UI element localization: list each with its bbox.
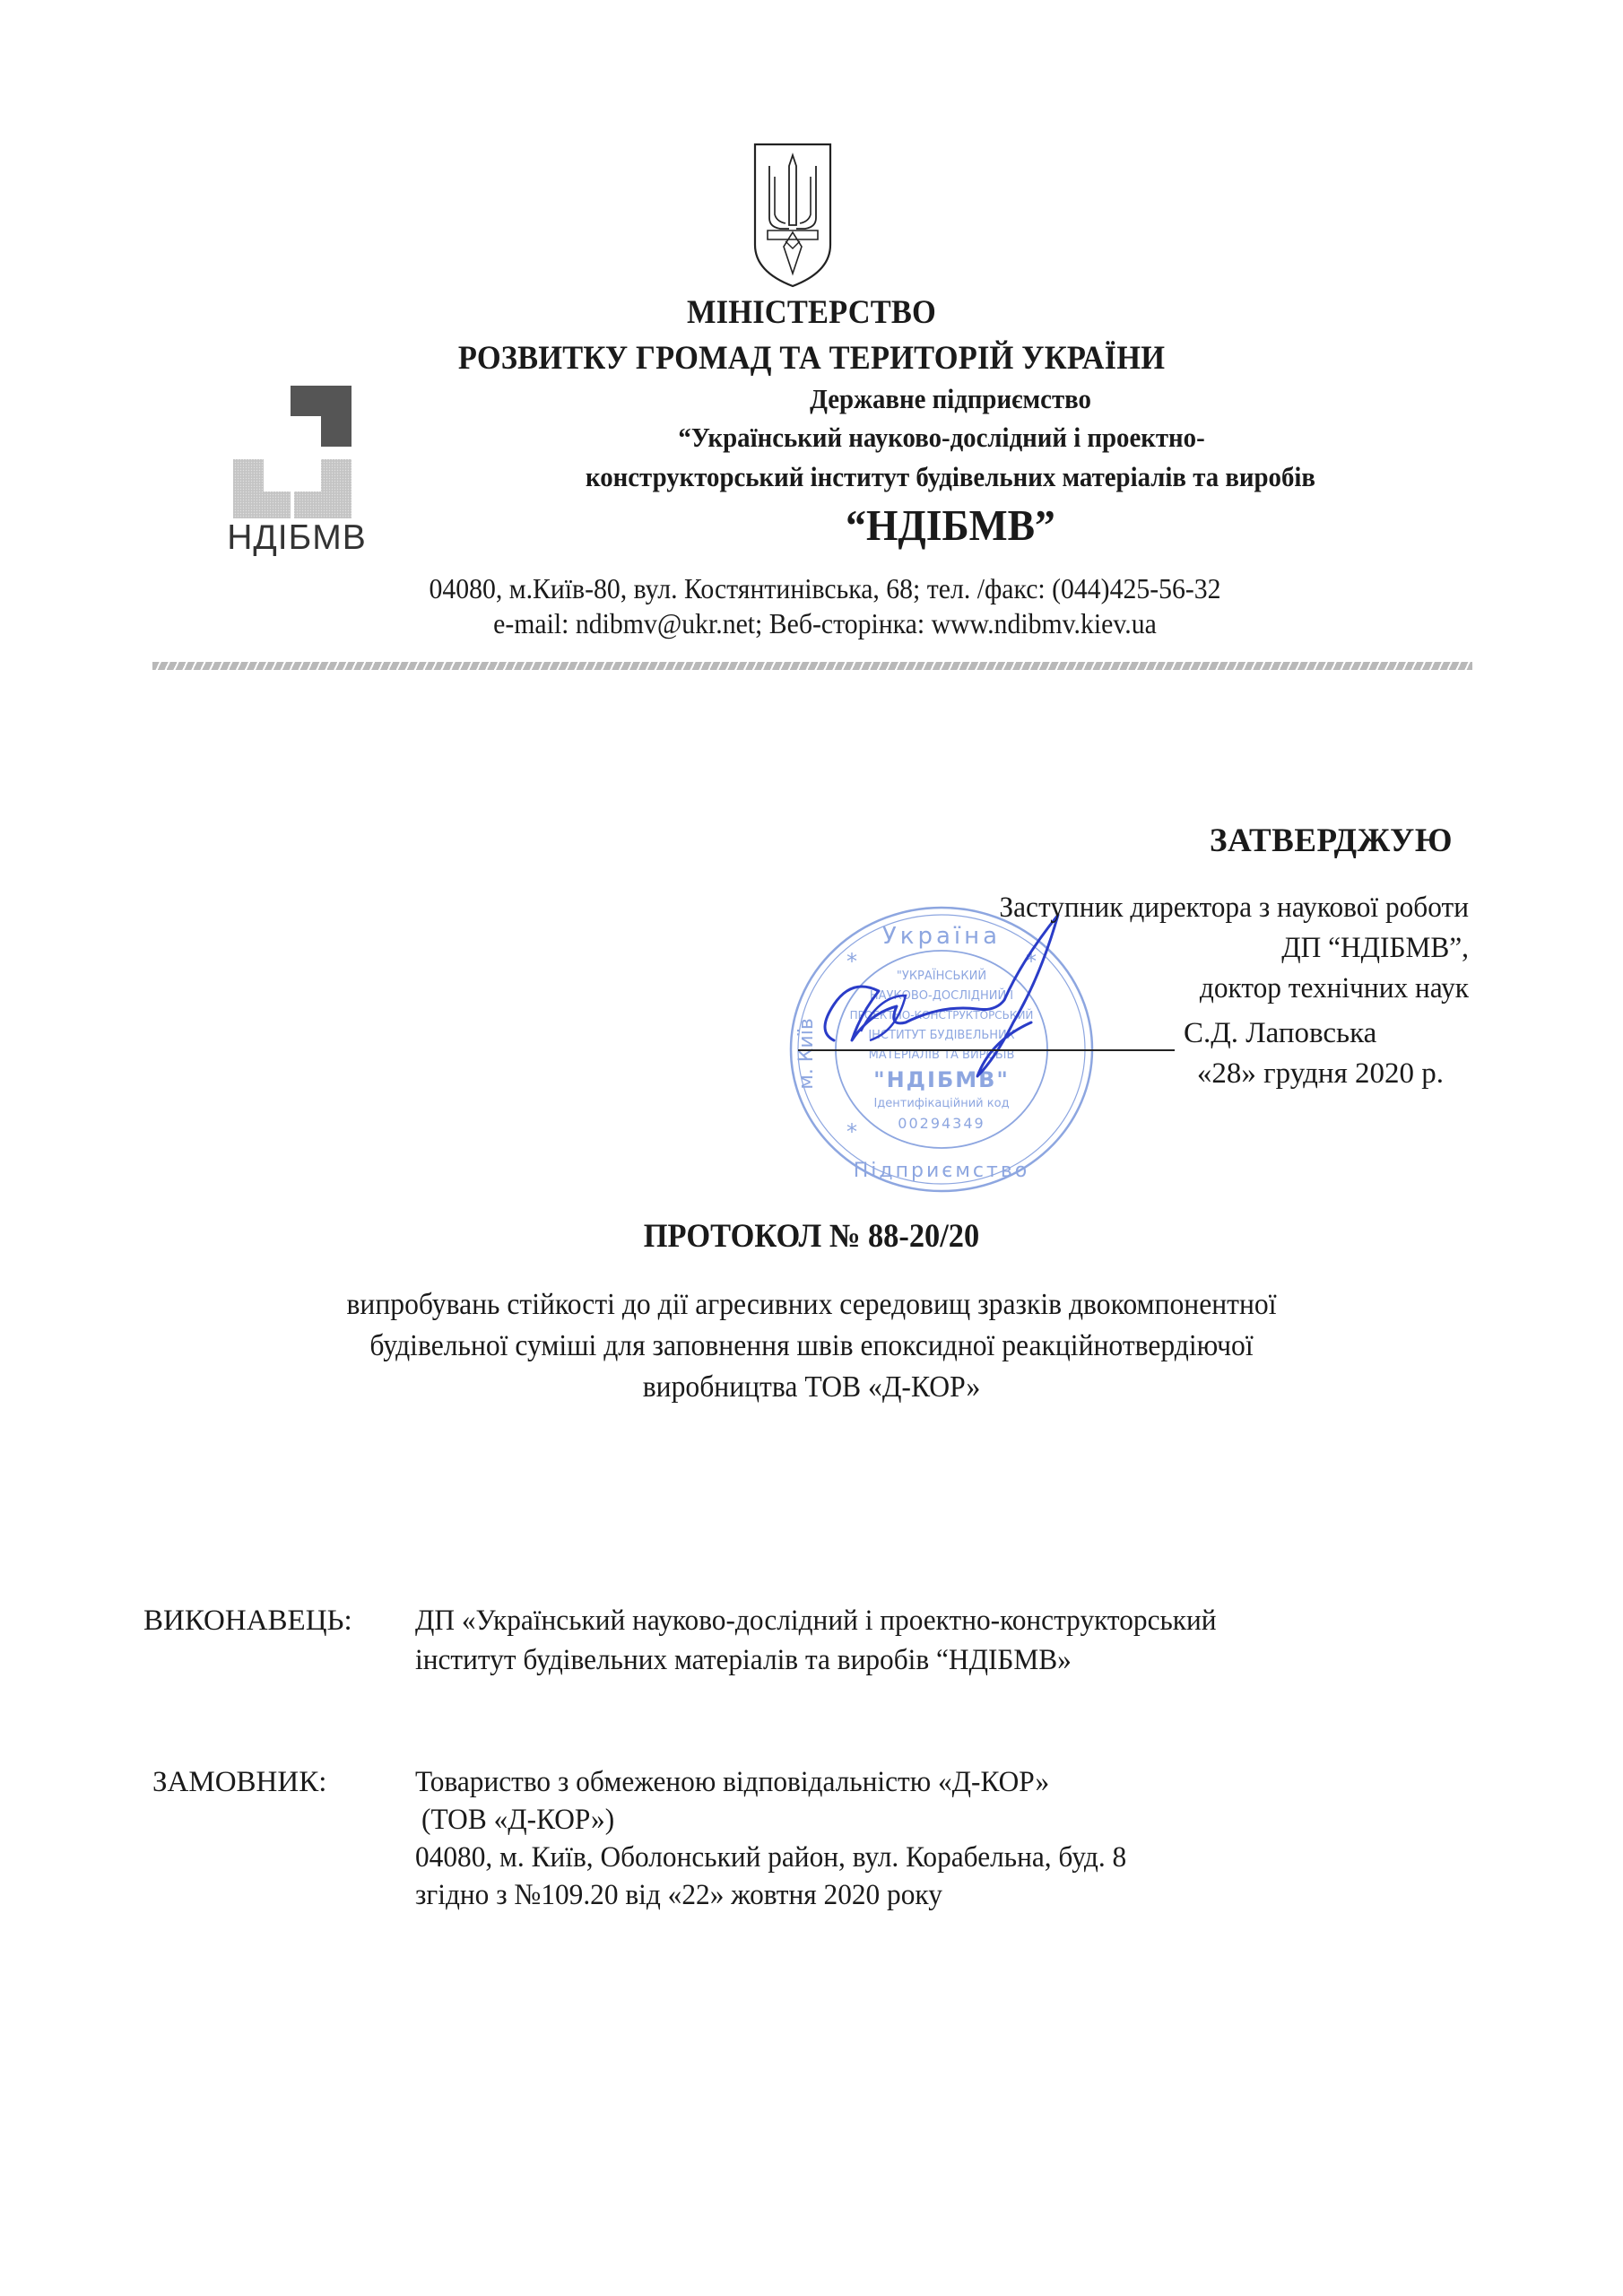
institute-name-line2: конструкторський інститут будівельних ма… <box>458 457 1442 496</box>
approver-position: Заступник директора з наукової роботи <box>755 888 1469 927</box>
customer-contract-reference: згідно з №109.20 від «22» жовтня 2020 ро… <box>415 1875 942 1915</box>
institute-abbreviation: “НДІБМВ” <box>683 499 1217 552</box>
institute-address: 04080, м.Київ-80, вул. Костянтинівська, … <box>308 570 1341 606</box>
logo-text: НДІБМВ <box>212 518 382 558</box>
approver-organization: ДП “НДІБМВ”, <box>755 928 1469 968</box>
coat-of-arms-icon <box>750 139 836 290</box>
protocol-title: ПРОТОКОЛ № 88-20/20 <box>56 1215 1566 1258</box>
letterhead-divider <box>152 662 1472 670</box>
ndibmv-logo-icon <box>215 386 368 529</box>
ministry-title-line1: МІНІСТЕРСТВО <box>56 290 1566 336</box>
customer-label: ЗАМОВНИК: <box>152 1762 326 1802</box>
executor-line1: ДП «Український науково-дослідний і прое… <box>415 1601 1217 1640</box>
approval-title: ЗАТВЕРДЖУЮ <box>1022 821 1453 862</box>
signature-line <box>798 1049 1175 1051</box>
protocol-subject-line3: виробництва ТОВ «Д-КОР» <box>56 1367 1566 1407</box>
executor-label: ВИКОНАВЕЦЬ: <box>143 1601 352 1640</box>
customer-line2: (ТОВ «Д-КОР») <box>421 1800 614 1839</box>
protocol-subject-line1: випробувань стійкості до дії агресивних … <box>56 1284 1566 1325</box>
institute-name-line1: “Український науково-дослідний і проектн… <box>542 418 1342 457</box>
svg-text:*: * <box>846 1119 857 1144</box>
approver-degree: доктор технічних наук <box>755 969 1469 1008</box>
svg-text:Підприємство: Підприємство <box>854 1160 1030 1182</box>
institute-web-contacts: e-mail: ndibmv@ukr.net; Веб-сторінка: ww… <box>308 605 1341 641</box>
protocol-subject-line2: будівельної суміші для заповнення швів е… <box>56 1326 1566 1366</box>
customer-line1: Товариство з обмеженою відповідальністю … <box>415 1762 1049 1802</box>
customer-address: 04080, м. Київ, Оболонський район, вул. … <box>415 1838 1126 1877</box>
executor-line2: інститут будівельних матеріалів та вироб… <box>415 1640 1072 1680</box>
ministry-title-line2: РОЗВИТКУ ГРОМАД ТА ТЕРИТОРІЙ УКРАЇНИ <box>56 335 1566 382</box>
approval-date: «28» грудня 2020 р. <box>1103 1054 1444 1093</box>
enterprise-type: Державне підприємство <box>683 379 1217 418</box>
svg-text:00294349: 00294349 <box>898 1115 985 1132</box>
approver-name: С.Д. Лаповська <box>1184 1013 1444 1053</box>
